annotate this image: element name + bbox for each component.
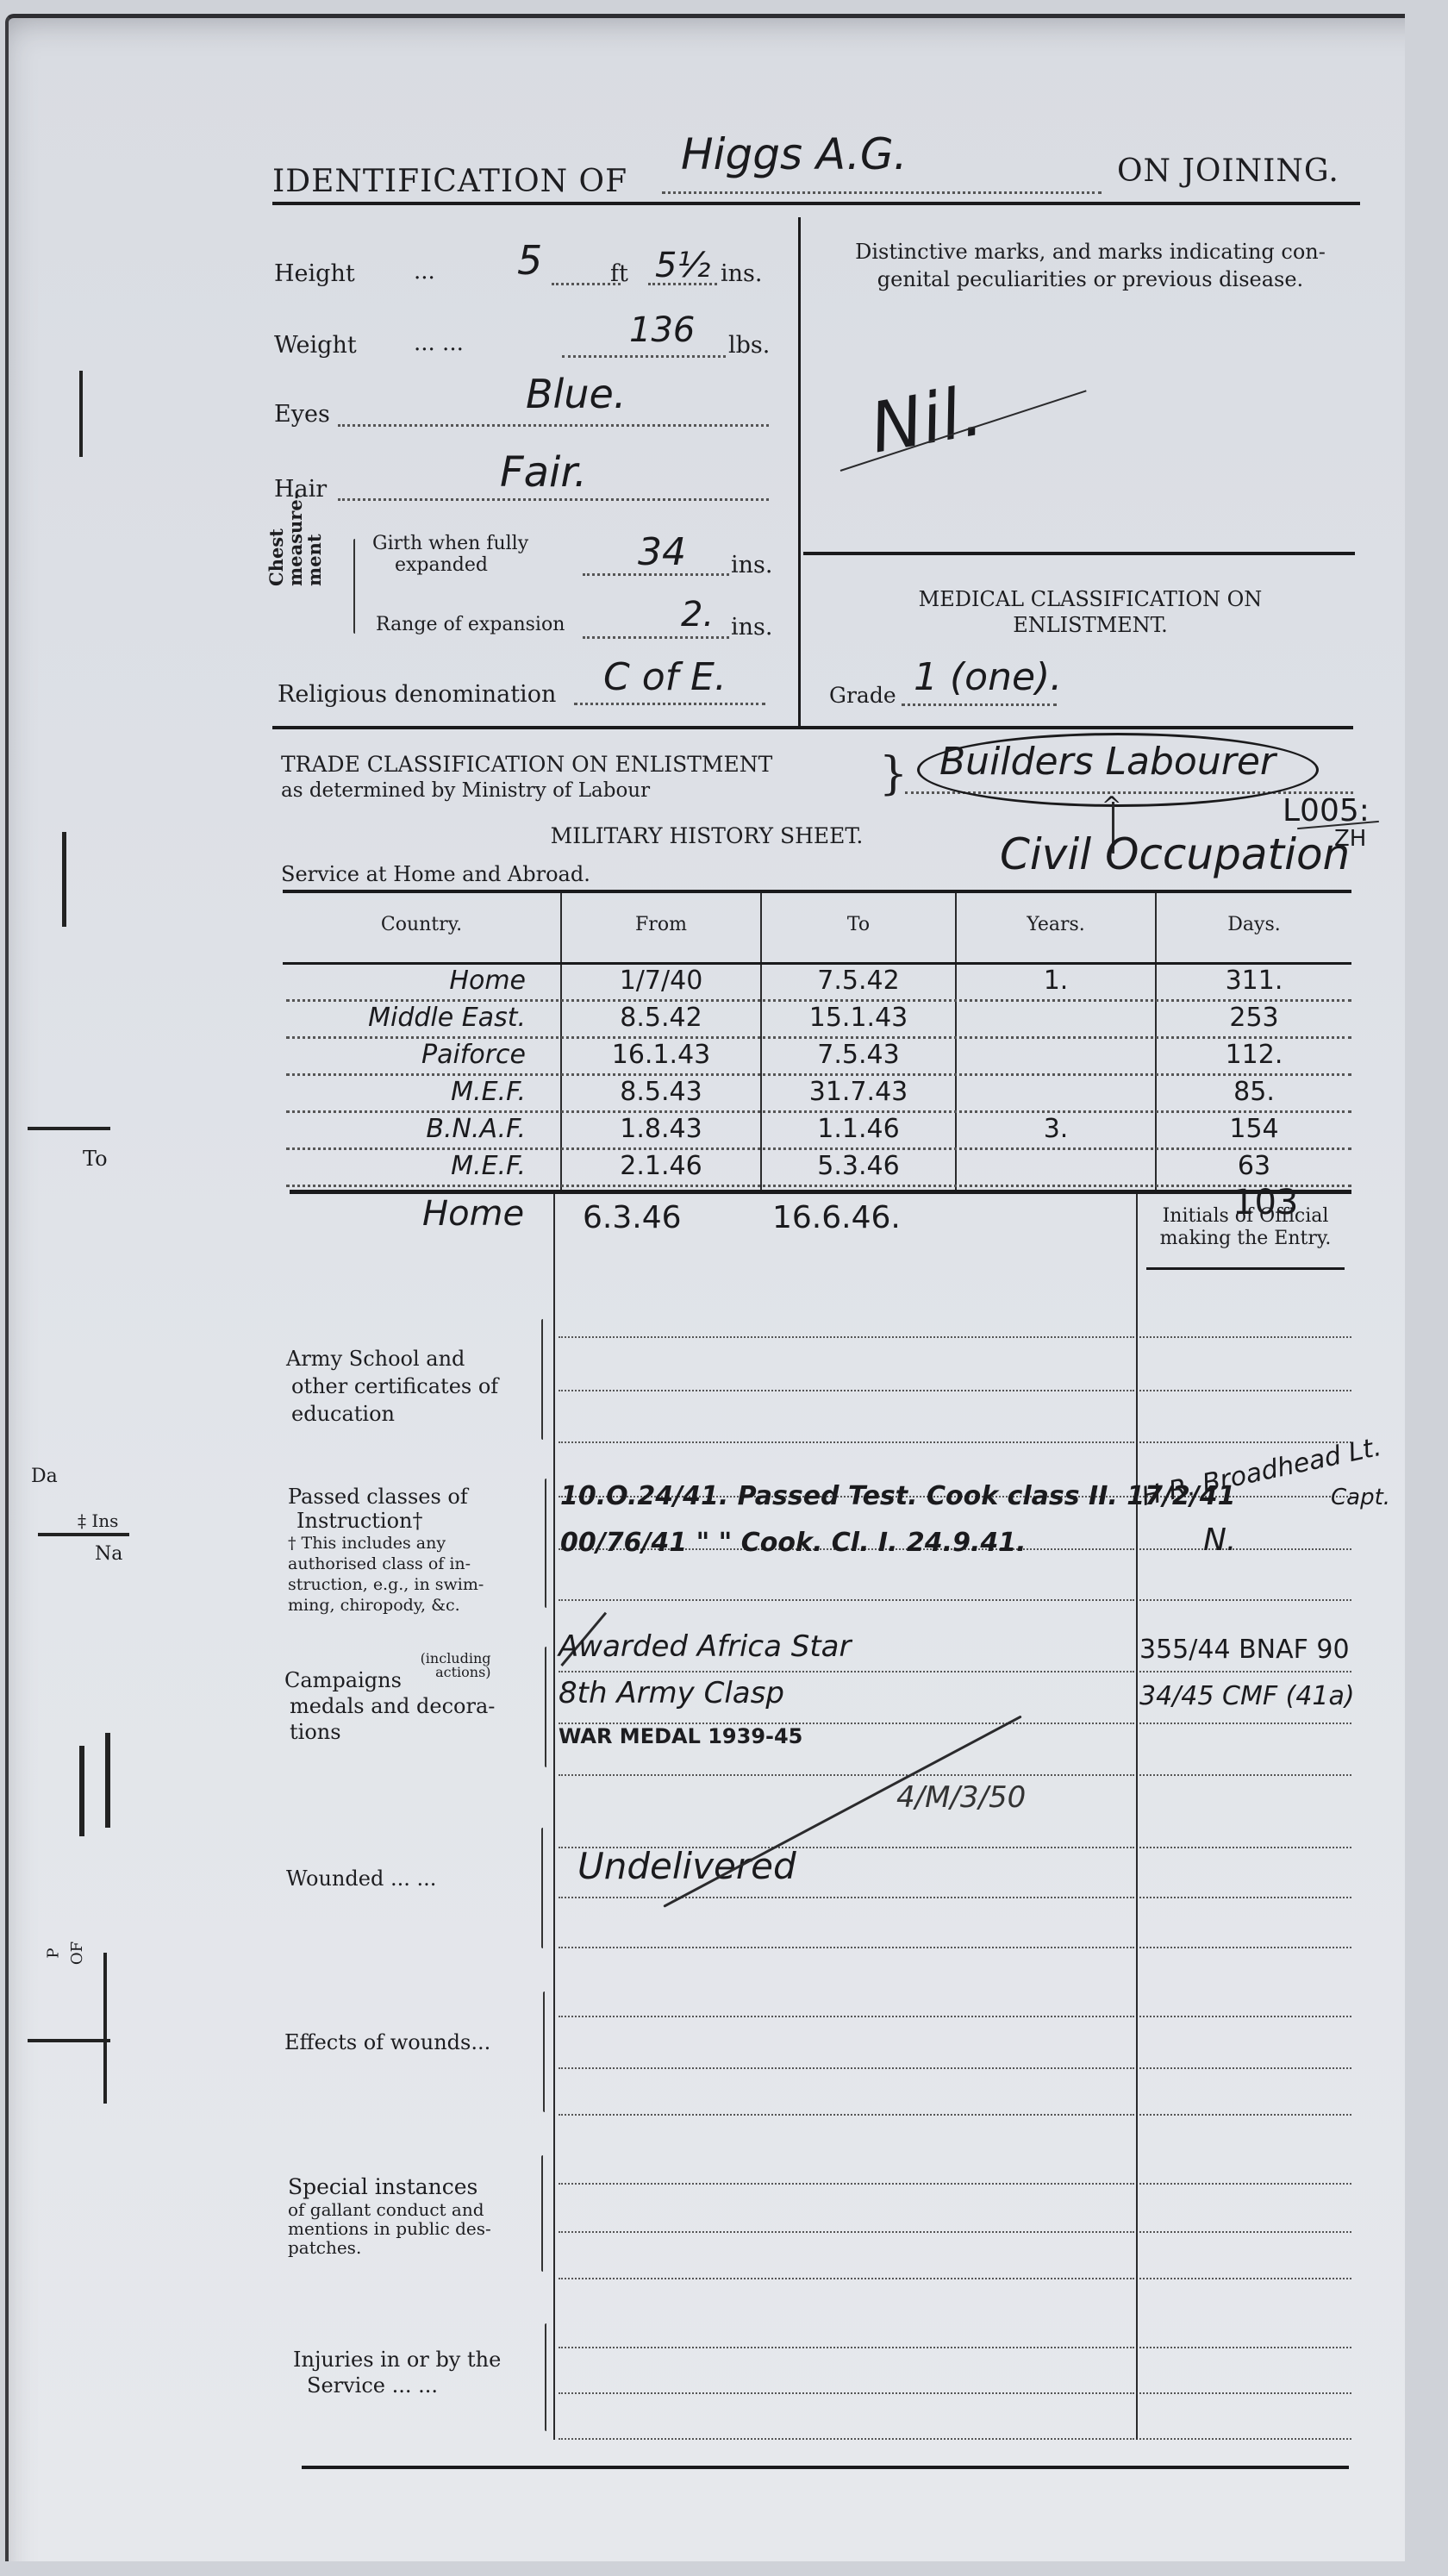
initials-line	[1139, 1723, 1351, 1724]
girth-label-line: Girth when fully	[372, 533, 528, 554]
extra-row-to: 16.6.46.	[772, 1200, 901, 1235]
entry-line	[559, 2438, 1134, 2440]
campaigns-brace	[545, 1647, 546, 1767]
distinctive-marks-line: genital peculiarities or previous diseas…	[810, 266, 1370, 293]
entry-line	[559, 1947, 1134, 1948]
column-header: Days.	[1157, 914, 1351, 935]
army-school-label: Army School and other certificates of ed…	[286, 1345, 498, 1428]
entry-line	[559, 1441, 1134, 1443]
margin-fragment: ‡ Ins	[78, 1510, 118, 1531]
initials-line	[1139, 2438, 1351, 2440]
height-ft-value: 5	[517, 237, 542, 284]
passed-class-entry: 10.O.24/41. Passed Test. Cook class II. …	[560, 1481, 1236, 1511]
wounded-label: Wounded ... ...	[286, 1866, 436, 1891]
history-cell-years: 1.	[957, 966, 1155, 996]
row-dots	[286, 1147, 1351, 1150]
ins-unit: ins.	[731, 614, 772, 641]
girth-label: Girth when fully expanded	[372, 533, 528, 576]
hair-value: Fair.	[500, 448, 587, 497]
passed-classes-label: Passed classes of Instruction† † This in…	[288, 1485, 484, 1616]
range-label: Range of expansion	[376, 614, 565, 635]
margin-mark	[79, 1746, 84, 1836]
effects-brace	[543, 1991, 545, 2112]
lower-col-divider	[1136, 1194, 1138, 2440]
initials-rule	[1146, 1267, 1345, 1270]
margin-fragment: Da	[31, 1466, 58, 1487]
civil-occupation: Civil Occupation	[1000, 829, 1350, 879]
history-cell-from: 16.1.43	[562, 1040, 760, 1070]
special-instances-label: Special instances of gallant conduct and…	[288, 2174, 491, 2257]
hair-dots	[338, 498, 769, 501]
history-cell-to: 7.5.43	[762, 1040, 955, 1070]
campaigns-line: tions	[284, 1719, 534, 1745]
header-rule	[283, 962, 1351, 965]
history-cell-country: Paiforce	[283, 1040, 526, 1070]
passed-class-entry: 00/76/41 " " Cook. Cl. I. 24.9.41.	[560, 1528, 1026, 1558]
height-in-value: 5½	[655, 246, 710, 285]
eyes-dots	[338, 424, 769, 427]
range-value: 2.	[681, 595, 714, 635]
passed-classes-note: struction, e.g., in swim-	[288, 1574, 484, 1595]
injuries-line: Injuries in or by the	[293, 2347, 501, 2373]
history-cell-days: 154	[1157, 1114, 1351, 1144]
grade-dots	[902, 703, 1057, 706]
entry-line	[559, 2016, 1134, 2017]
official-initials: Capt.	[1331, 1485, 1390, 1510]
army-school-line: education	[286, 1400, 498, 1428]
margin-fragment: To	[83, 1147, 108, 1171]
margin-mark	[38, 1533, 129, 1536]
initials-line	[1139, 2231, 1351, 2233]
army-school-brace	[541, 1319, 543, 1440]
ins-unit: ins.	[721, 260, 762, 287]
chest-measurement-label: Chest measure- ment	[267, 492, 324, 586]
initials-line	[1139, 2347, 1351, 2348]
height-label: Height	[274, 260, 355, 287]
injuries-brace	[545, 2323, 546, 2431]
entry-line	[559, 2392, 1134, 2394]
entry-line	[559, 2278, 1134, 2279]
religion-label: Religious denomination	[278, 681, 556, 708]
trade-rule	[272, 726, 1353, 729]
row-dots	[286, 1185, 1351, 1187]
passed-classes-note: ming, chiropody, &c.	[288, 1595, 484, 1616]
initials-line	[1139, 2016, 1351, 2017]
range-dots	[583, 636, 729, 639]
margin-mark	[79, 371, 83, 457]
initials-line	[1139, 2183, 1351, 2185]
history-cell-from: 8.5.42	[562, 1003, 760, 1033]
campaigns-line: medals and decora-	[284, 1693, 534, 1719]
medical-rule	[803, 552, 1355, 555]
history-cell-days: 112.	[1157, 1040, 1351, 1070]
passed-classes-line: Passed classes of	[288, 1485, 484, 1509]
religion-value: C of E.	[603, 655, 727, 699]
history-cell-days: 253	[1157, 1003, 1351, 1033]
eyes-value: Blue.	[526, 371, 626, 417]
history-cell-to: 31.7.43	[762, 1077, 955, 1107]
row-dots	[286, 1036, 1351, 1039]
special-instances-line: of gallant conduct and	[288, 2200, 491, 2219]
margin-mark	[103, 1953, 107, 2104]
injuries-line: Service ... ...	[293, 2373, 501, 2398]
top-divider	[798, 217, 801, 726]
entry-line	[559, 2231, 1134, 2233]
army-school-line: other certificates of	[286, 1372, 498, 1400]
entry-line	[559, 1336, 1134, 1338]
girth-value: 34	[638, 530, 686, 574]
document-page	[5, 14, 1405, 2561]
initials-line	[1139, 1441, 1351, 1443]
margin-fragment: Na	[95, 1543, 122, 1565]
entry-line	[559, 1897, 1134, 1898]
distinctive-marks-line: Distinctive marks, and marks indicating …	[810, 238, 1370, 266]
special-instances-brace	[541, 2155, 543, 2272]
arrow-head-icon: ^	[1102, 791, 1121, 820]
passed-classes-line: Instruction†	[288, 1509, 484, 1533]
col-divider	[955, 893, 957, 1191]
history-cell-days: 63	[1157, 1151, 1351, 1181]
medical-heading-line: MEDICAL CLASSIFICATION ON	[810, 586, 1370, 612]
chest-brace	[353, 539, 355, 634]
history-cell-days: 311.	[1157, 966, 1351, 996]
margin-fragment: P	[45, 1948, 63, 1958]
initials-line	[1139, 1847, 1351, 1848]
weight-value: 136	[629, 310, 695, 350]
entry-line	[559, 2183, 1134, 2185]
trade-label-2: as determined by Ministry of Labour	[281, 779, 650, 802]
soldier-name: Higgs A.G.	[681, 129, 908, 179]
initials-line	[1139, 2114, 1351, 2116]
service-subheading: Service at Home and Abroad.	[281, 862, 590, 886]
history-cell-days: 85.	[1157, 1077, 1351, 1107]
special-instances-line: mentions in public des-	[288, 2219, 491, 2238]
military-history-heading: MILITARY HISTORY SHEET.	[405, 823, 1008, 848]
initials-heading-line: making the Entry.	[1139, 1228, 1351, 1250]
occupation-code-sub: ZH	[1334, 826, 1366, 852]
official-initials: N.	[1203, 1522, 1236, 1558]
campaigns-label: Campaigns (including actions) medals and…	[284, 1662, 534, 1745]
history-cell-to: 1.1.46	[762, 1114, 955, 1144]
initials-line	[1139, 1947, 1351, 1948]
lbs-unit: lbs.	[728, 332, 770, 359]
army-school-line: Army School and	[286, 1345, 498, 1372]
passed-classes-note: † This includes any	[288, 1533, 484, 1554]
bottom-rule	[302, 2466, 1349, 2469]
margin-fragment: OF	[68, 1941, 86, 1965]
special-instances-line: Special instances	[288, 2174, 491, 2200]
chest-label-line: ment	[305, 492, 324, 586]
ins-unit: ins.	[731, 552, 772, 578]
column-header: Years.	[957, 914, 1155, 935]
history-cell-country: Home	[283, 966, 526, 996]
row-dots	[286, 1073, 1351, 1076]
column-header: To	[762, 914, 955, 935]
entry-line	[559, 2067, 1134, 2069]
wounded-brace	[541, 1828, 543, 1948]
trade-label-1: TRADE CLASSIFICATION ON ENLISTMENT	[281, 752, 772, 777]
special-instances-line: patches.	[288, 2238, 491, 2257]
entry-line	[559, 1671, 1134, 1673]
initials-line	[1139, 2392, 1351, 2394]
campaign-ref: 34/45 CMF (41a)	[1139, 1681, 1355, 1711]
trade-brace: }	[879, 748, 908, 800]
entry-line	[559, 1390, 1134, 1391]
entry-line	[559, 1774, 1134, 1776]
chest-label-line: Chest	[267, 492, 286, 586]
weight-dots	[562, 355, 726, 358]
title-prefix: IDENTIFICATION OF	[272, 164, 627, 199]
initials-line	[1139, 1548, 1351, 1550]
distinctive-marks-label: Distinctive marks, and marks indicating …	[810, 238, 1370, 293]
weight-label: Weight	[274, 332, 357, 359]
initials-line	[1139, 2278, 1351, 2279]
title-dots	[662, 191, 1102, 194]
grade-value: 1 (one).	[914, 655, 1062, 699]
chest-label-line: measure-	[286, 492, 305, 586]
campaign-entry: Awarded Africa Star	[559, 1629, 852, 1664]
campaigns-line: Campaigns	[284, 1668, 402, 1692]
eyes-label: Eyes	[274, 401, 330, 428]
history-cell-country: B.N.A.F.	[283, 1114, 526, 1144]
campaign-ref: 355/44 BNAF 90	[1139, 1635, 1350, 1665]
row-dots	[286, 1110, 1351, 1113]
initials-line	[1139, 1671, 1351, 1673]
wounded-date: 4/M/3/50	[896, 1780, 1026, 1815]
history-cell-from: 2.1.46	[562, 1151, 760, 1181]
weight-leader: ... ...	[414, 330, 464, 356]
history-cell-to: 7.5.42	[762, 966, 955, 996]
initials-heading: Initials of Official making the Entry.	[1139, 1205, 1351, 1250]
grade-label: Grade	[829, 683, 896, 708]
history-cell-country: Middle East.	[283, 1003, 526, 1033]
trade-value: Builders Labourer	[939, 740, 1276, 784]
margin-mark	[28, 2039, 110, 2042]
extra-row-country: Home	[422, 1194, 524, 1234]
war-medal-stamp: WAR MEDAL 1939-45	[559, 1724, 802, 1748]
entry-line	[559, 2347, 1134, 2348]
title-rule	[272, 202, 1360, 205]
history-cell-from: 1.8.43	[562, 1114, 760, 1144]
history-cell-from: 1/7/40	[562, 966, 760, 996]
column-header: From	[562, 914, 760, 935]
margin-mark	[28, 1127, 110, 1130]
initials-line	[1139, 1390, 1351, 1391]
girth-label-line: expanded	[372, 554, 528, 576]
medical-heading-line: ENLISTMENT.	[810, 612, 1370, 638]
lower-col-divider	[553, 1194, 555, 2440]
medical-heading: MEDICAL CLASSIFICATION ON ENLISTMENT.	[810, 586, 1370, 638]
history-cell-country: M.E.F.	[283, 1077, 526, 1107]
table-top-rule	[283, 890, 1351, 893]
religion-dots	[574, 703, 765, 705]
history-cell-from: 8.5.43	[562, 1077, 760, 1107]
injuries-label: Injuries in or by the Service ... ...	[293, 2347, 501, 2398]
history-cell-years: 3.	[957, 1114, 1155, 1144]
history-cell-to: 15.1.43	[762, 1003, 955, 1033]
passed-classes-note: authorised class of in-	[288, 1554, 484, 1574]
row-dots	[286, 999, 1351, 1002]
extra-row-from: 6.3.46	[583, 1200, 682, 1235]
effects-of-wounds-label: Effects of wounds...	[284, 2030, 490, 2054]
ft-unit: ft	[610, 260, 628, 287]
passed-classes-brace	[545, 1479, 546, 1608]
column-header: Country.	[283, 914, 560, 935]
history-cell-country: M.E.F.	[283, 1151, 526, 1181]
entry-line	[559, 2114, 1134, 2116]
height-leader: ...	[414, 259, 435, 284]
entry-line	[559, 1599, 1134, 1601]
margin-mark	[105, 1733, 110, 1828]
initials-line	[1139, 1774, 1351, 1776]
campaigns-note: actions)	[435, 1664, 490, 1680]
initials-line	[1139, 1897, 1351, 1898]
margin-mark	[62, 832, 66, 927]
initials-line	[1139, 1336, 1351, 1338]
campaign-entry: 8th Army Clasp	[559, 1676, 784, 1710]
initials-line	[1139, 1599, 1351, 1601]
initials-heading-line: Initials of Official	[1139, 1205, 1351, 1228]
initials-line	[1139, 2067, 1351, 2069]
title-suffix: ON JOINING.	[1117, 153, 1339, 189]
history-cell-to: 5.3.46	[762, 1151, 955, 1181]
